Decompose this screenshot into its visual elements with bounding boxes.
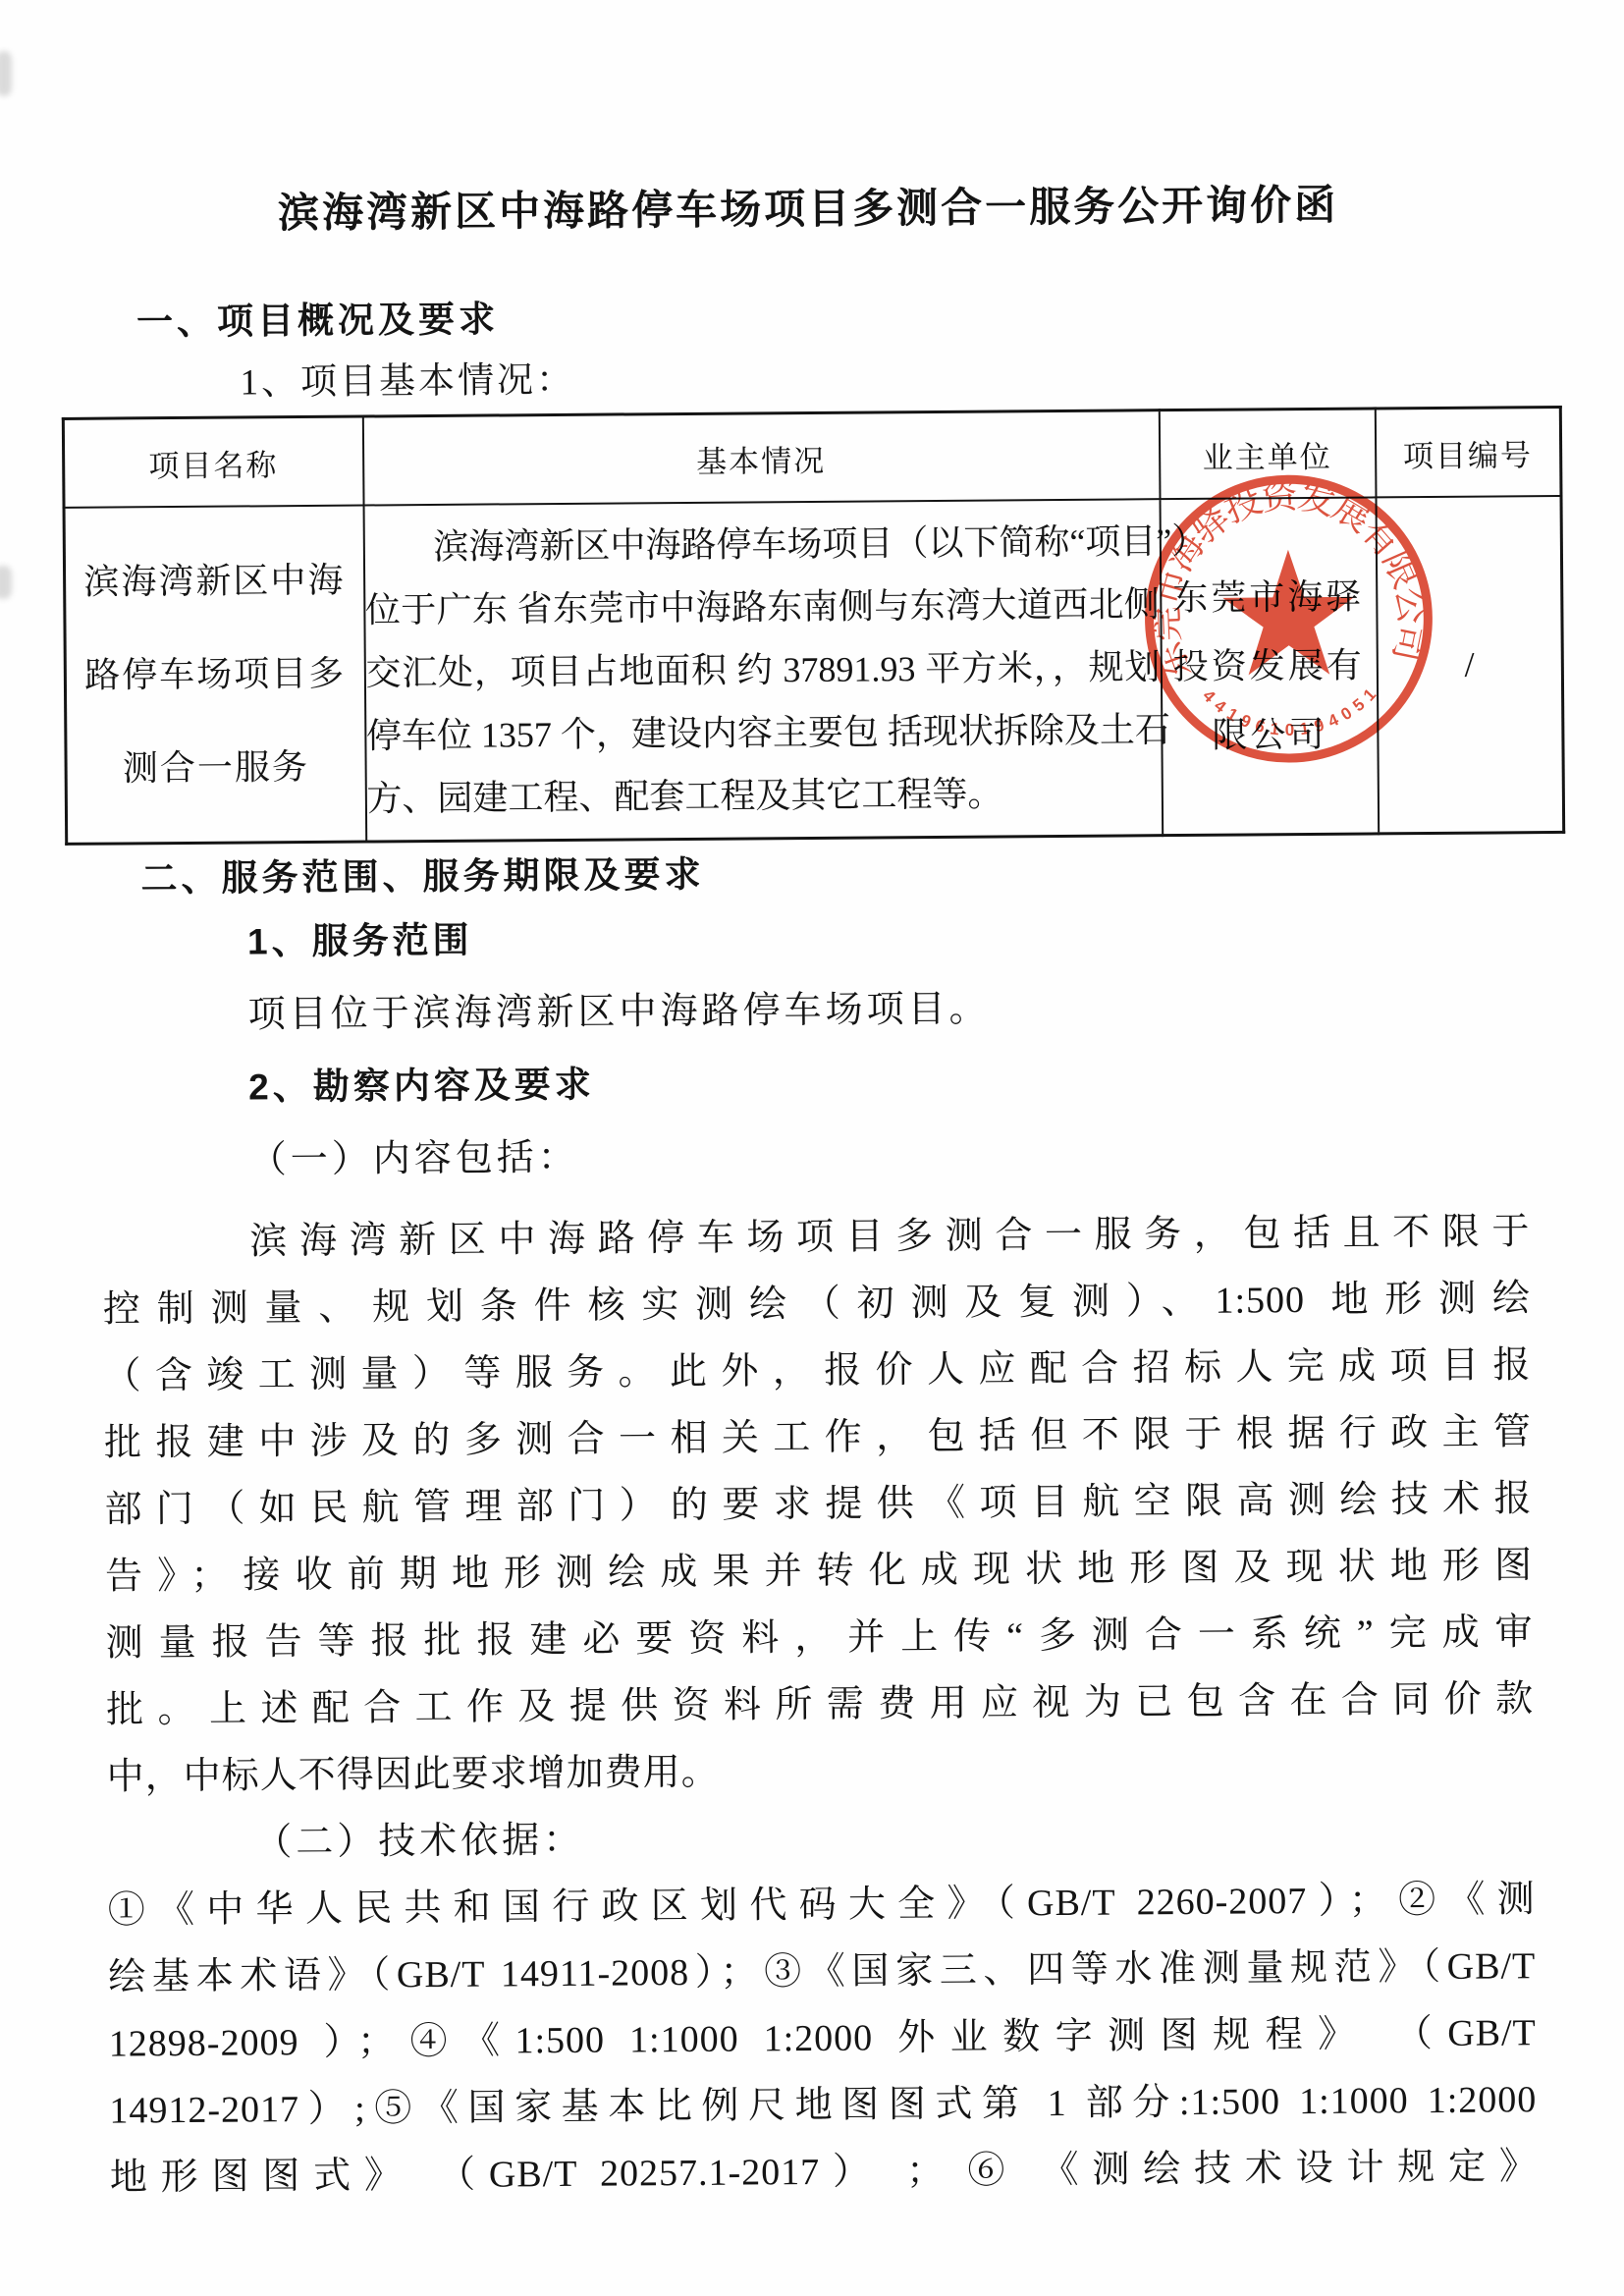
section2-item1-heading: 1、服务范围 [247,907,1528,966]
header-basic-info: 基本情况 [362,410,1160,506]
document-sheet: 滨海湾新区中海路停车场项目多测合一服务公开询价函 一、项目概况及要求 1、项目基… [0,0,1624,2296]
cell-project-name: 滨海湾新区中海 路停车场项目多 测合一服务 [64,506,366,845]
technical-basis-paragraph: ①《中华人民共和国行政区划代码大全》（GB/T 2260-2007）；②《测 绘… [107,1866,1538,2211]
section2-heading: 二、服务范围、服务期限及要求 [140,844,1527,903]
paragraph-line: 绘基本术语》（GB/T 14911-2008）；③《国家三、四等水准测量规范》（… [108,1933,1536,2010]
table-data-row: 滨海湾新区中海 路停车场项目多 测合一服务 滨海湾新区中海路停车场项目（以下简称… [64,496,1564,844]
project-name-line: 路停车场项目多 [67,627,364,722]
paragraph-line: 部门（如民航管理部门）的要求提供《项目航空限高测绘技术报 [104,1465,1532,1543]
section2-item1-text: 项目位于滨海湾新区中海路停车场项目。 [247,971,1528,1048]
paragraph-line: 滨海湾新区中海路停车场项目多测合一服务，包括且不限于 [102,1198,1530,1276]
table-header-row: 项目名称 基本情况 业主单位 项目编号 [63,407,1561,507]
basic-info-line: 停车位 1357 个，建设内容主要包 括现状拆除及土石 [366,698,1161,767]
basic-info-line: 方、园建工程、配套工程及其它工程等。 [366,761,1161,830]
basic-info-line: 位于广东 省东莞市中海路东南侧与东湾大道西北侧 [365,573,1160,641]
paragraph-line: 测量报告等报批报建必要资料，并上传“多测合一系统”完成审 [105,1599,1533,1676]
section2-item2-heading: 2、勘察内容及要求 [248,1053,1529,1112]
part2-label: （二）技术依据： [254,1799,1535,1876]
content-paragraph: 滨海湾新区中海路停车场项目多测合一服务，包括且不限于 控制测量、规划条件核实测绘… [102,1198,1535,1810]
project-name-line: 滨海湾新区中海 [66,533,363,629]
part1-label: （一）内容包括： [248,1117,1529,1193]
document-title: 滨海湾新区中海路停车场项目多测合一服务公开询价函 [94,177,1522,243]
cell-basic-info: 滨海湾新区中海路停车场项目（以下简称“项目”） 位于广东 省东莞市中海路东南侧与… [363,499,1163,842]
project-info-table: 项目名称 基本情况 业主单位 项目编号 滨海湾新区中海 路停车场项目多 测合一服… [62,406,1565,846]
section1-item1-label: 1、项目基本情况： [240,349,1523,408]
header-project-no: 项目编号 [1375,407,1561,497]
header-project-name: 项目名称 [63,416,363,508]
paragraph-line: 控制测量、规划条件核实测绘（初测及复测）、1:500 地形测绘 [103,1265,1531,1342]
paragraph-line: 批报建中涉及的多测合一相关工作，包括但不限于根据行政主管 [104,1398,1532,1476]
paragraph-line: 批。上述配合工作及提供资料所需费用应视为已包含在合同价款 [106,1666,1534,1743]
document-content: 滨海湾新区中海路停车场项目多测合一服务公开询价函 一、项目概况及要求 1、项目基… [0,176,1624,2212]
paragraph-line: 12898-2009 ）；④《1:500 1:1000 1:2000 外业数字测… [109,1999,1537,2077]
owner-line: 东莞市海驿 [1162,562,1377,632]
paragraph-line: （含竣工测量）等服务。此外，报价人应配合招标人完成项目报 [103,1332,1531,1409]
header-owner-unit: 业主单位 [1159,409,1376,499]
project-name-line: 测合一服务 [67,720,364,815]
paragraph-line: 地形图图式》 （GB/T 20257.1-2017） ； ⑥ 《测绘技术设计规定… [110,2133,1538,2211]
scanned-document-page: 滨海湾新区中海路停车场项目多测合一服务公开询价函 一、项目概况及要求 1、项目基… [0,0,1624,2296]
paragraph-line: 14912-2017）;⑤《国家基本比例尺地图图式第 1 部分:1:500 1:… [109,2066,1537,2144]
cell-project-no: / [1376,496,1564,834]
basic-info-line: 交汇处，项目占地面积 约 37891.93 平方米，，规划 [365,635,1160,704]
section1-heading: 一、项目概况及要求 [136,287,1523,347]
owner-line: 投资发展有 [1162,630,1377,701]
paragraph-line: 中，中标人不得因此要求增加费用。 [106,1732,1534,1810]
paragraph-line: 告》；接收前期地形测绘成果并转化成现状地形图及现状地形图 [105,1532,1533,1610]
basic-info-line: 滨海湾新区中海路停车场项目（以下简称“项目”） [364,510,1159,578]
owner-line: 限公司 [1163,699,1378,770]
paragraph-line: ①《中华人民共和国行政区划代码大全》（GB/T 2260-2007）；②《测 [107,1866,1535,1943]
